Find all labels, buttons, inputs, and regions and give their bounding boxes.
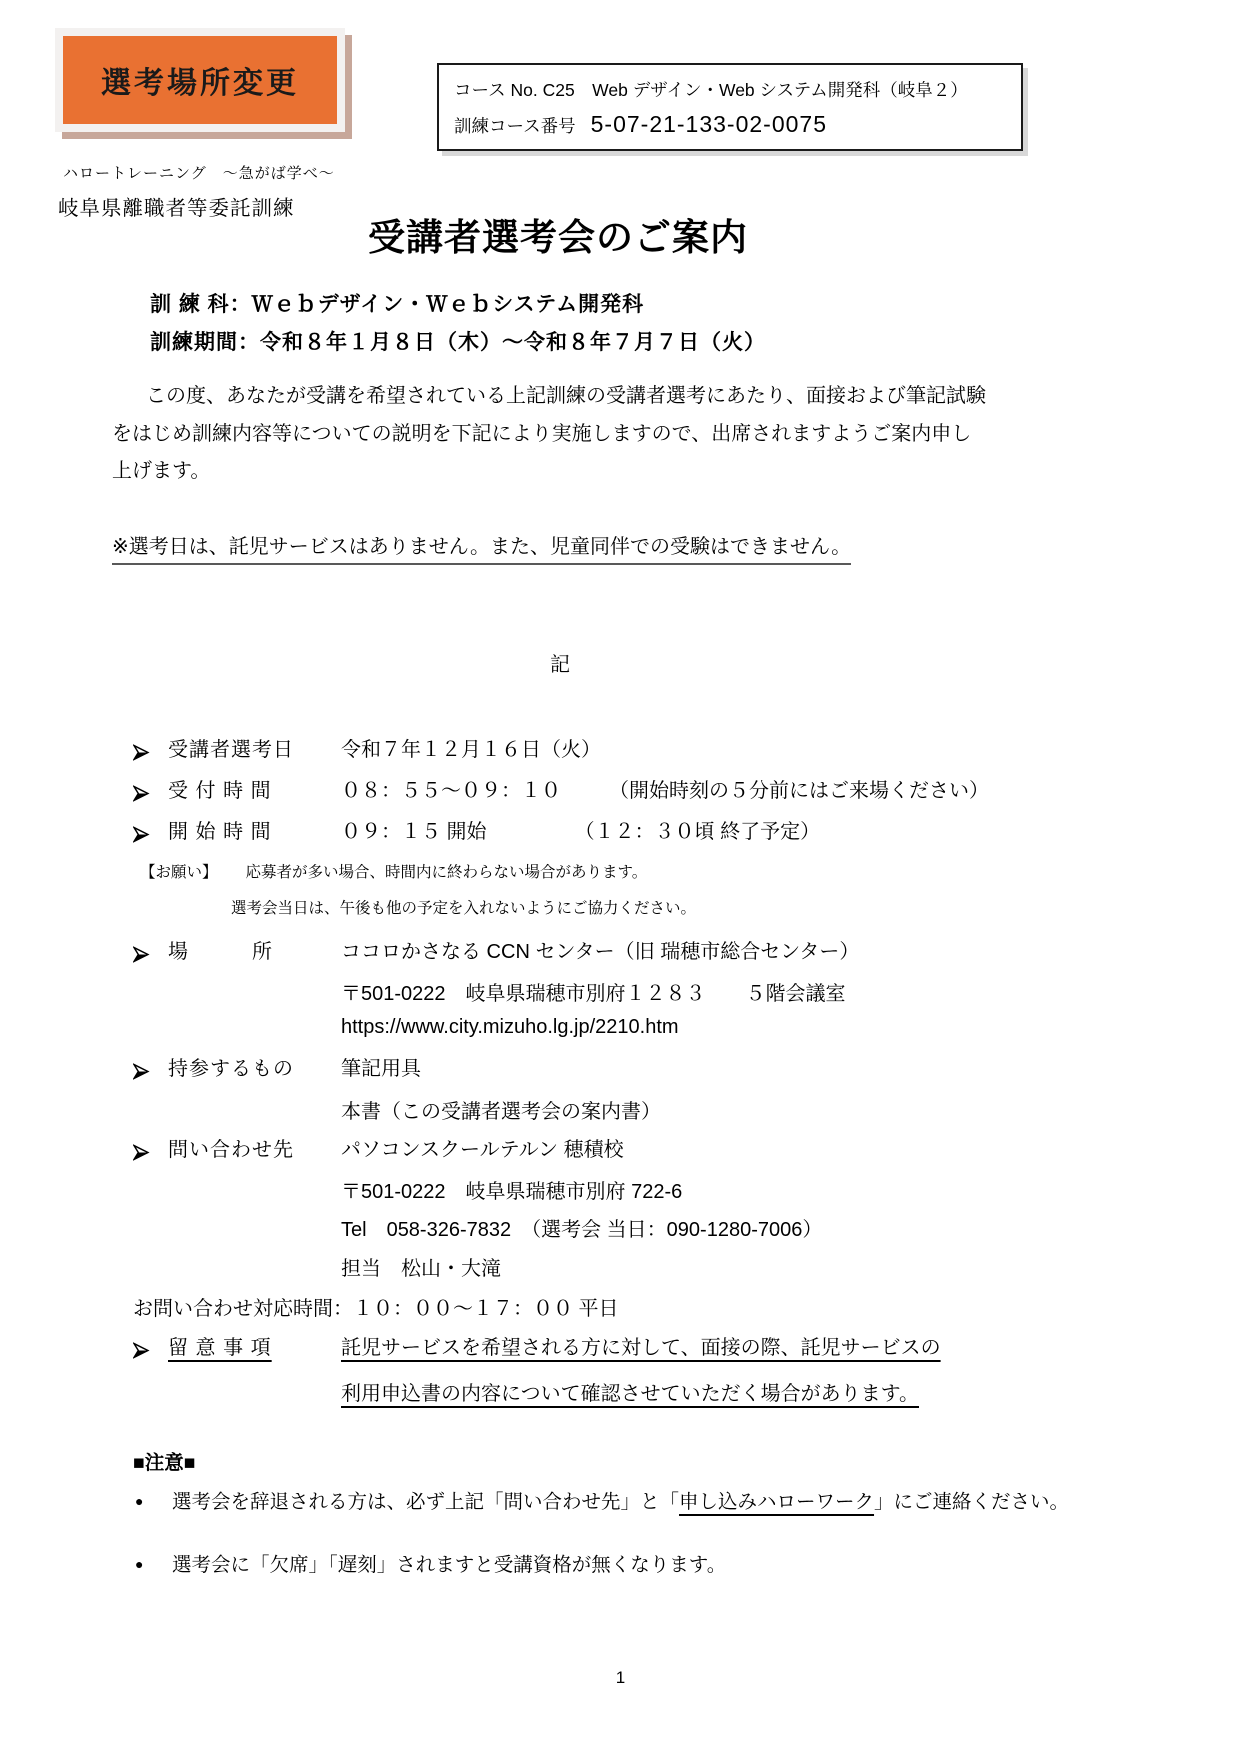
request-note-line2: 選考会当日は、午後も他の予定を入れないようにご協力ください。 bbox=[231, 896, 696, 918]
arrow-bullet-icon bbox=[133, 1055, 168, 1088]
location-change-badge: 選考場所変更 bbox=[63, 36, 337, 124]
course-number-box: コース No. C25 Web デザイン・Web システム開発科（岐阜２） 訓練… bbox=[437, 63, 1023, 151]
caution-item-1-text: 選考会を辞退される方は、必ず上記「問い合わせ先」と「申し込みハローワーク」にご連… bbox=[172, 1486, 1069, 1519]
reception-time-row: 受 付 時 間 ０８：５５～０９：１０ （開始時刻の５分前にはご来場ください） bbox=[133, 777, 989, 810]
reception-time-note: （開始時刻の５分前にはご来場ください） bbox=[609, 777, 989, 810]
place-row: 場 所 ココロかさなる CCN センター（旧 瑞穂市総合センター） bbox=[133, 938, 859, 971]
course-name-line: コース No. C25 Web デザイン・Web システム開発科（岐阜２） bbox=[454, 78, 1006, 102]
arrow-bullet-icon bbox=[133, 1136, 168, 1169]
selection-date-value: 令和７年１２月１６日（火） bbox=[341, 736, 601, 769]
childcare-note: ※選考日は、託児サービスはありません。また、児童同伴での受験はできません。 bbox=[112, 530, 851, 565]
place-address: 〒501-0222 岐阜県瑞穂市別府１２８３ ５階会議室 bbox=[341, 977, 846, 1006]
caution-heading: ■注意■ bbox=[133, 1447, 196, 1475]
document-page: 選考場所変更 コース No. C25 Web デザイン・Web システム開発科（… bbox=[0, 0, 1241, 1755]
course-number-line: 訓練コース番号 5-07-21-133-02-0075 bbox=[454, 111, 1006, 138]
childcare-note-text: ※選考日は、託児サービスはありません。また、児童同伴での受験はできません。 bbox=[112, 530, 851, 565]
bring-item2: 本書（この受講者選考会の案内書） bbox=[341, 1095, 661, 1124]
inquiry-hours: お問い合わせ対応時間：１０：００～１７：００ 平日 bbox=[133, 1292, 619, 1321]
request-note-line1: 【お願い】 応募者が多い場合、時間内に終わらない場合があります。 bbox=[140, 860, 647, 882]
notes-row: 留 意 事 項 託児サービスを希望される方に対して、面接の際、託児サービスの bbox=[133, 1334, 941, 1367]
contact-label: 問い合わせ先 bbox=[168, 1136, 341, 1169]
start-time-value: ０９：１５ 開始 bbox=[341, 818, 487, 851]
request-text1: 応募者が多い場合、時間内に終わらない場合があります。 bbox=[246, 860, 648, 882]
start-time-row: 開 始 時 間 ０９：１５ 開始 （１２：３０頃 終了予定） bbox=[133, 818, 820, 851]
caution-item-1: ● 選考会を辞退される方は、必ず上記「問い合わせ先」と「申し込みハローワーク」に… bbox=[135, 1486, 1130, 1519]
notes-line1: 託児サービスを希望される方に対して、面接の際、託児サービスの bbox=[341, 1334, 941, 1367]
reception-time-label: 受 付 時 間 bbox=[168, 777, 341, 810]
contact-tel: Tel 058-326-7832 （選考会 当日：090-1280-7006） bbox=[341, 1213, 822, 1242]
contact-staff: 担当 松山・大滝 bbox=[341, 1252, 501, 1281]
selection-date-row: 受講者選考日 令和７年１２月１６日（火） bbox=[133, 736, 601, 769]
start-time-label: 開 始 時 間 bbox=[168, 818, 341, 851]
training-course-period: 訓練期間：令和８年１月８日（木）～令和８年７月７日（火） bbox=[150, 326, 766, 356]
caution-item-2: ● 選考会に「欠席」「遅刻」されますと受講資格が無くなります。 bbox=[135, 1549, 1130, 1582]
hello-training-tagline: ハロートレーニング ～急がば学べ～ bbox=[63, 162, 335, 183]
bring-label: 持参するもの bbox=[168, 1055, 341, 1088]
contact-address: 〒501-0222 岐阜県瑞穂市別府 722-6 bbox=[341, 1175, 682, 1204]
bring-item1: 筆記用具 bbox=[341, 1055, 421, 1088]
bring-row: 持参するもの 筆記用具 bbox=[133, 1055, 421, 1088]
course-number-label: 訓練コース番号 bbox=[454, 113, 576, 138]
training-course-name: 訓 練 科：Ｗｅｂデザイン・Ｗｅｂシステム開発科 bbox=[150, 288, 644, 318]
start-time-note: （１２：３０頃 終了予定） bbox=[575, 818, 821, 851]
arrow-bullet-icon bbox=[133, 736, 168, 769]
place-label: 場 所 bbox=[168, 938, 341, 971]
caution-item-2-text: 選考会に「欠席」「遅刻」されますと受講資格が無くなります。 bbox=[172, 1549, 726, 1582]
course-number-value: 5-07-21-133-02-0075 bbox=[591, 111, 827, 138]
reception-time-value: ０８：５５～０９：１０ bbox=[341, 777, 561, 810]
location-change-badge-frame: 選考場所変更 bbox=[55, 28, 345, 132]
caution-item-1-post: 」にご連絡ください。 bbox=[874, 1491, 1069, 1513]
place-name: ココロかさなる CCN センター（旧 瑞穂市総合センター） bbox=[341, 938, 859, 971]
arrow-bullet-icon bbox=[133, 1334, 168, 1367]
page-number: 1 bbox=[0, 1668, 1241, 1688]
caution-item-1-pre: 選考会を辞退される方は、必ず上記「問い合わせ先」と「 bbox=[172, 1491, 679, 1513]
page-title: 受講者選考会のご案内 bbox=[368, 207, 748, 261]
place-url[interactable]: https://www.city.mizuho.lg.jp/2210.htm bbox=[341, 1016, 679, 1039]
arrow-bullet-icon bbox=[133, 938, 168, 971]
program-name: 岐阜県離職者等委託訓練 bbox=[58, 191, 295, 221]
caution-item-1-underlined: 申し込みハローワーク bbox=[679, 1491, 874, 1513]
record-mark: 記 bbox=[0, 648, 1120, 677]
notes-line2: 利用申込書の内容について確認させていただく場合があります。 bbox=[341, 1377, 919, 1406]
contact-row: 問い合わせ先 パソコンスクールテルン 穂積校 bbox=[133, 1136, 624, 1169]
selection-date-label: 受講者選考日 bbox=[168, 736, 341, 769]
notes-label: 留 意 事 項 bbox=[168, 1334, 341, 1367]
arrow-bullet-icon bbox=[133, 777, 168, 810]
request-label: 【お願い】 bbox=[140, 860, 218, 882]
intro-paragraph: この度、あなたが受講を希望されている上記訓練の受講者選考にあたり、面接および筆記… bbox=[112, 378, 1134, 491]
bullet-icon: ● bbox=[135, 1486, 172, 1519]
arrow-bullet-icon bbox=[133, 818, 168, 851]
contact-name: パソコンスクールテルン 穂積校 bbox=[341, 1136, 624, 1169]
bullet-icon: ● bbox=[135, 1549, 172, 1582]
